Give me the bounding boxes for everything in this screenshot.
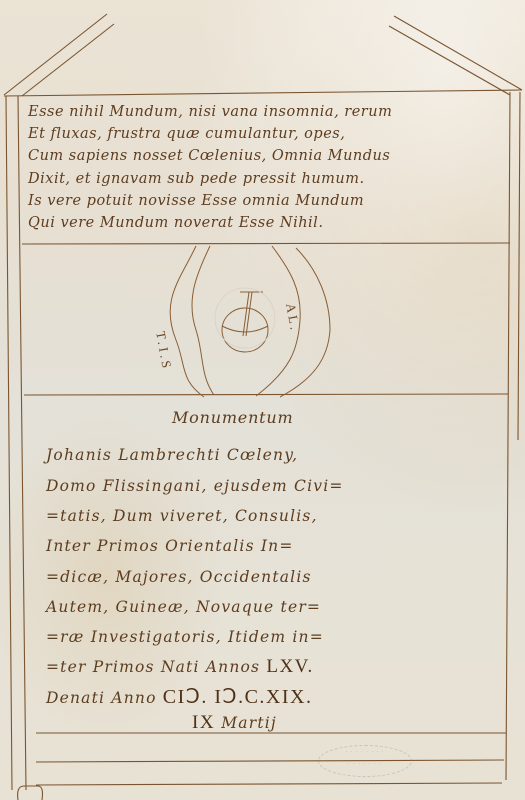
- death-day-line: IX Martij: [192, 712, 277, 734]
- death-month: Martij: [221, 714, 277, 732]
- stamp-text-bottom: · · · · · · ·: [319, 758, 411, 770]
- death-prefix: Denati Anno: [46, 689, 157, 707]
- monument-line-8: =ter Primos Nati Annos LXV.: [46, 656, 314, 678]
- epitaph-line-6: Qui vere Mundum noverat Esse Nihil.: [28, 215, 323, 231]
- monument-line-5: =dicæ, Majores, Occidentalis: [46, 568, 312, 586]
- death-year: CIↃ. IↃ.C.XIX.: [163, 686, 313, 708]
- epitaph-line-1: Esse nihil Mundum, nisi vana insomnia, r…: [28, 104, 392, 120]
- death-date-line: Denati Anno CIↃ. IↃ.C.XIX.: [46, 684, 312, 709]
- manuscript-page: T.I.S AL. globe-with-cross Esse nihil Mu…: [0, 0, 525, 800]
- library-stamp: · · · · · · · · · · · · · · ·: [318, 745, 412, 777]
- monument-line-4: Inter Primos Orientalis In=: [46, 537, 294, 555]
- monument-line-6: Autem, Guineæ, Novaque ter=: [46, 598, 321, 616]
- stamp-text-top: · · · · · · · ·: [319, 746, 411, 758]
- epitaph-line-4: Dixit, et ignavam sub pede pressit humum…: [28, 171, 365, 187]
- monument-line-3: =tatis, Dum viveret, Consulis,: [46, 507, 318, 525]
- monument-line-2: Domo Flissingani, ejusdem Civi=: [46, 477, 344, 495]
- monument-title: Monumentum: [172, 408, 293, 427]
- age-numeral: LXV.: [266, 656, 313, 677]
- monument-line-7: =ræ Investigatoris, Itidem in=: [46, 628, 324, 646]
- monument-line-8-text: =ter Primos Nati Annos: [46, 658, 260, 676]
- monument-line-1: Johanis Lambrechti Cœleny,: [46, 446, 298, 464]
- page-frame-lines: [0, 0, 525, 800]
- epitaph-line-2: Et fluxas, frustra quæ cumulantur, opes,: [28, 126, 345, 142]
- death-day: IX: [192, 712, 215, 733]
- epitaph-line-5: Is vere potuit novisse Esse omnia Mundum: [28, 193, 364, 209]
- epitaph-line-3: Cum sapiens nosset Cœlenius, Omnia Mundu…: [28, 148, 390, 164]
